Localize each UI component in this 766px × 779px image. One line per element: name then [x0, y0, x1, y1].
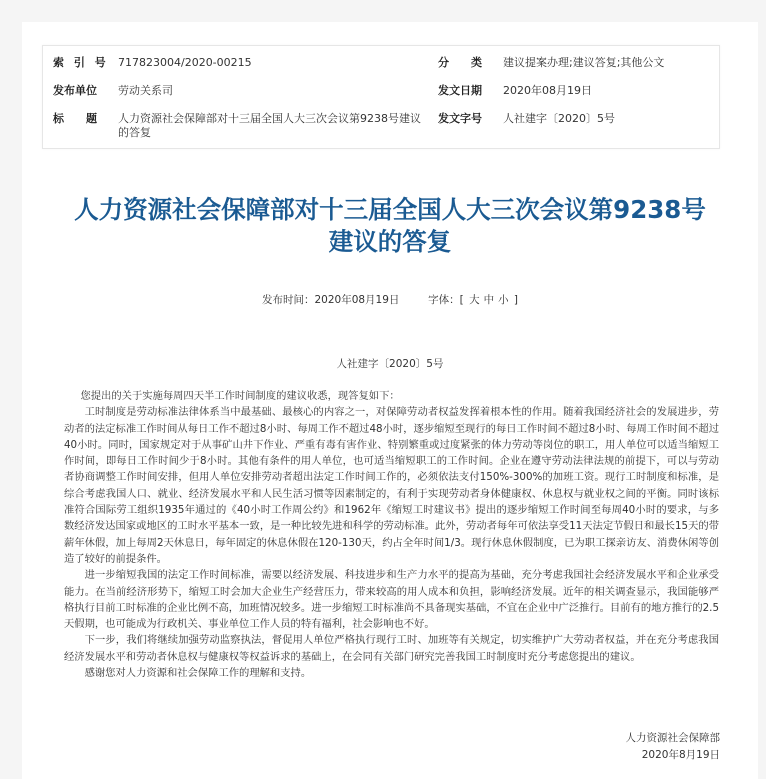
category-value: 建议提案办理;建议答复;其他公文: [503, 56, 664, 70]
font-size-control: 字体：[ 大中小 ]: [428, 294, 518, 306]
font-size-large-button[interactable]: 大: [467, 294, 482, 306]
document-number: 人社建字〔2020〕5号: [22, 356, 758, 371]
document-body: 您提出的关于实施每周四天半工作时间制度的建议收悉，现答复如下： 工时制度是劳动标…: [64, 388, 719, 681]
index-value: 717823004/2020-00215: [118, 56, 252, 70]
issue-date-label: 发文日期: [438, 84, 482, 98]
document-title-line-1: 人力资源社会保障部对十三届全国人大三次会议第9238号: [22, 194, 758, 226]
paragraph-1: 工时制度是劳动标准法律体系当中最基础、最核心的内容之一，对保障劳动者权益发挥着根…: [64, 404, 719, 567]
index-label: 索 引 号: [53, 56, 109, 70]
publisher-value: 劳动关系司: [118, 84, 173, 98]
issue-date-value: 2020年08月19日: [503, 84, 592, 98]
publish-time-label: 发布时间：: [262, 294, 315, 306]
document-title: 人力资源社会保障部对十三届全国人大三次会议第9238号 建议的答复: [22, 194, 758, 258]
document-title-line-2: 建议的答复: [22, 226, 758, 258]
content-panel: 索 引 号 717823004/2020-00215 分 类 建议提案办理;建议…: [22, 22, 758, 779]
paragraph-2: 进一步缩短我国的法定工作时间标准，需要以经济发展、科技进步和生产力水平的提高为基…: [64, 567, 719, 632]
title-value: 人力资源社会保障部对十三届全国人大三次会议第9238号建议的答复: [118, 112, 428, 140]
font-size-close-bracket: ]: [514, 294, 518, 306]
font-size-medium-button[interactable]: 中: [482, 294, 497, 306]
publish-info: 发布时间：2020年08月19日 字体：[ 大中小 ]: [22, 292, 758, 307]
font-size-open-bracket: [: [460, 294, 464, 306]
paragraph-thanks: 感谢您对人力资源和社会保障工作的理解和支持。: [64, 665, 719, 681]
paragraph-greeting: 您提出的关于实施每周四天半工作时间制度的建议收悉，现答复如下：: [64, 388, 719, 404]
metadata-box: 索 引 号 717823004/2020-00215 分 类 建议提案办理;建议…: [42, 45, 720, 149]
font-size-small-button[interactable]: 小: [496, 294, 511, 306]
signature-org: 人力资源社会保障部: [626, 730, 721, 747]
signature-block: 人力资源社会保障部 2020年8月19日: [626, 730, 721, 764]
title-label: 标 题: [53, 112, 97, 126]
signature-date: 2020年8月19日: [626, 747, 721, 764]
category-label: 分 类: [438, 56, 482, 70]
paragraph-3: 下一步，我们将继续加强劳动监察执法，督促用人单位严格执行现行工时、加班等有关规定…: [64, 632, 719, 665]
doc-no-label: 发文字号: [438, 112, 482, 126]
font-size-label: 字体：: [428, 294, 460, 306]
publish-time-value: 2020年08月19日: [314, 294, 399, 306]
publisher-label: 发布单位: [53, 84, 97, 98]
doc-no-value: 人社建字〔2020〕5号: [503, 112, 615, 126]
